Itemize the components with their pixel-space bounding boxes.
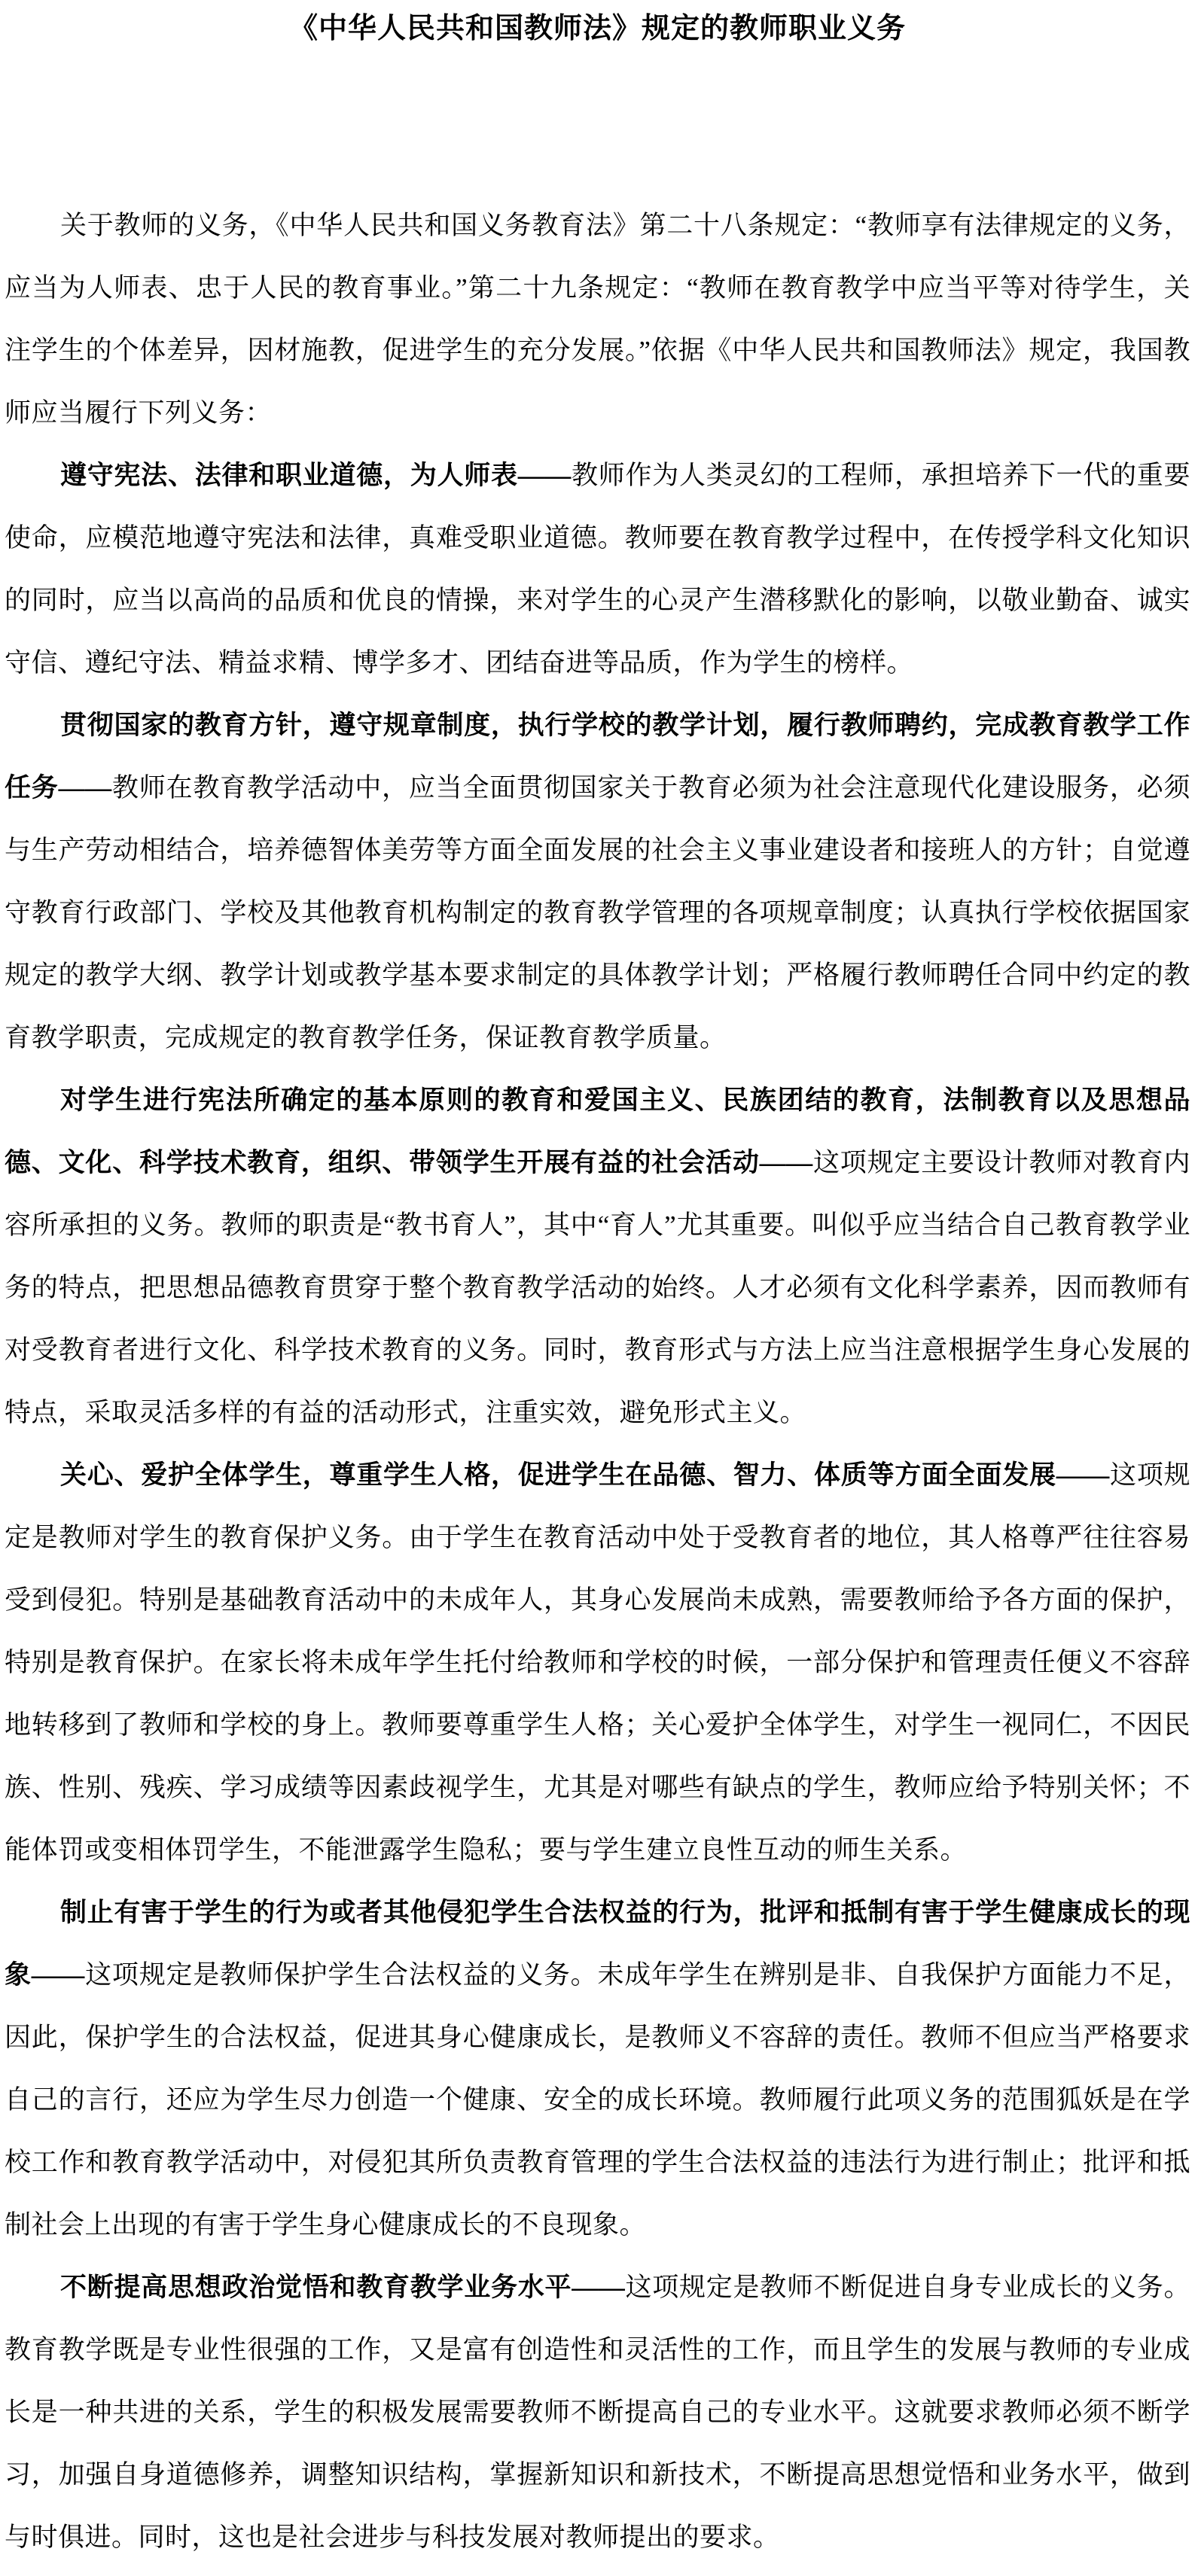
paragraph-duty-2: 贯彻国家的教育方针，遵守规章制度，执行学校的教学计划，履行教师聘约，完成教育教学… — [5, 694, 1190, 1069]
paragraph-text: 教师在教育教学活动中，应当全面贯彻国家关于教育必须为社会注意现代化建设服务，必须… — [5, 773, 1190, 1052]
paragraph-duty-6: 不断提高思想政治觉悟和教育教学业务水平——这项规定是教师不断促进自身专业成长的义… — [5, 2256, 1190, 2568]
document-title: 《中华人民共和国教师法》规定的教师职业义务 — [5, 6, 1190, 51]
paragraph-text: 教师作为人类灵幻的工程师，承担培养下一代的重要使命，应模范地遵守宪法和法律，真难… — [5, 461, 1190, 677]
paragraph-duty-3: 对学生进行宪法所确定的基本原则的教育和爱国主义、民族团结的教育，法制教育以及思想… — [5, 1069, 1190, 1444]
paragraph-text: 这项规定是教师对学生的教育保护义务。由于学生在教育活动中处于受教育者的地位，其人… — [5, 1460, 1190, 1865]
paragraph-text: 这项规定主要设计教师对教育内容所承担的义务。教师的职责是“教书育人”，其中“育人… — [5, 1148, 1190, 1427]
paragraph-lead: 遵守宪法、法律和职业道德，为人师表—— — [60, 461, 572, 490]
paragraph-duty-1: 遵守宪法、法律和职业道德，为人师表——教师作为人类灵幻的工程师，承担培养下一代的… — [5, 444, 1190, 694]
paragraph-duty-5: 制止有害于学生的行为或者其他侵犯学生合法权益的行为，批评和抵制有害于学生健康成长… — [5, 1881, 1190, 2256]
document-page: 《中华人民共和国教师法》规定的教师职业义务 关于教师的义务，《中华人民共和国义务… — [0, 0, 1195, 2576]
paragraph-intro: 关于教师的义务，《中华人民共和国义务教育法》第二十八条规定：“教师享有法律规定的… — [5, 194, 1190, 444]
paragraph-lead: 不断提高思想政治觉悟和教育教学业务水平—— — [60, 2273, 625, 2302]
paragraph-lead: 关心、爱护全体学生，尊重学生人格，促进学生在品德、智力、体质等方面全面发展—— — [60, 1460, 1110, 1490]
paragraph-duty-4: 关心、爱护全体学生，尊重学生人格，促进学生在品德、智力、体质等方面全面发展——这… — [5, 1444, 1190, 1881]
paragraph-text: 关于教师的义务，《中华人民共和国义务教育法》第二十八条规定：“教师享有法律规定的… — [5, 211, 1190, 428]
paragraph-text: 这项规定是教师保护学生合法权益的义务。未成年学生在辨别是非、自我保护方面能力不足… — [5, 1960, 1190, 2240]
paragraph-text: 这项规定是教师不断促进自身专业成长的义务。教育教学既是专业性很强的工作，又是富有… — [5, 2273, 1190, 2552]
